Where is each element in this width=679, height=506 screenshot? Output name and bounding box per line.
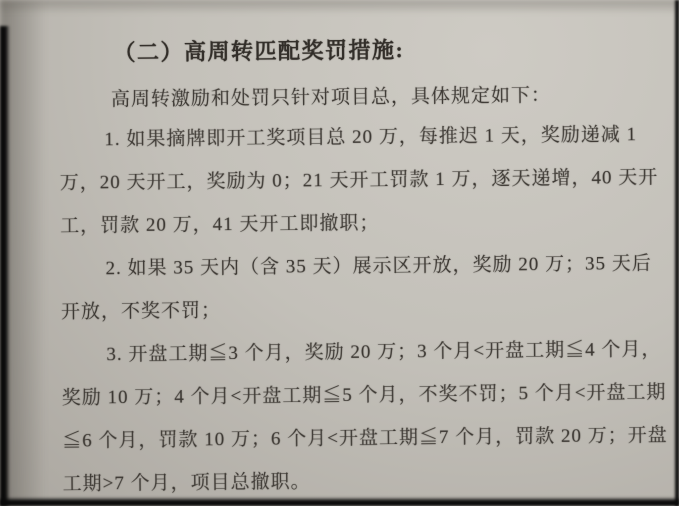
clause-1-line-2: 万，20 天开工，奖励为 0；21 天开工罚款 1 万，逐天递增，40 天开 xyxy=(60,156,655,205)
photo-edge-right xyxy=(674,0,679,506)
clause-2-line-1: 2. 如果 35 天内（含 35 天）展示区开放，奖励 20 万；35 天后 xyxy=(60,242,655,291)
intro-line: 高周转激励和处罚只针对项目总，具体规定如下： xyxy=(111,84,654,110)
clause-3: 3. 开盘工期≦3 个月，奖励 20 万；3 个月<开盘工期≦4 个月， 奖励 … xyxy=(61,328,658,506)
clause-2: 2. 如果 35 天内（含 35 天）展示区开放，奖励 20 万；35 天后 开… xyxy=(60,242,656,334)
clause-3-line-1: 3. 开盘工期≦3 个月，奖励 20 万；3 个月<开盘工期≦4 个月， xyxy=(61,328,656,377)
clause-3-line-3: ≦6 个月，罚款 10 万；6 个月<开盘工期≦7 个月，罚款 20 万；开盘 xyxy=(62,414,657,463)
clause-1: 1. 如果摘牌即开工奖项目总 20 万，每推迟 1 天，奖励递减 1 万，20 … xyxy=(59,113,655,248)
paper-page: （二）高周转匹配奖罚措施: 高周转激励和处罚只针对项目总，具体规定如下： 1. … xyxy=(0,0,679,506)
clause-1-line-3: 工，罚款 20 万，41 天开工即撤职； xyxy=(60,199,655,248)
document-photo: （二）高周转匹配奖罚措施: 高周转激励和处罚只针对项目总，具体规定如下： 1. … xyxy=(0,0,679,506)
clause-3-line-2: 奖励 10 万；4 个月<开盘工期≦5 个月，不奖不罚；5 个月<开盘工期 xyxy=(62,371,657,420)
photo-edge-left xyxy=(0,26,10,506)
clause-1-line-1: 1. 如果摘牌即开工奖项目总 20 万，每推迟 1 天，奖励递减 1 xyxy=(59,113,654,162)
section-heading: （二）高周转匹配奖罚措施: xyxy=(113,33,653,68)
photo-edge-bottom xyxy=(0,497,679,506)
clause-2-line-2: 开放，不奖不罚； xyxy=(61,285,656,334)
